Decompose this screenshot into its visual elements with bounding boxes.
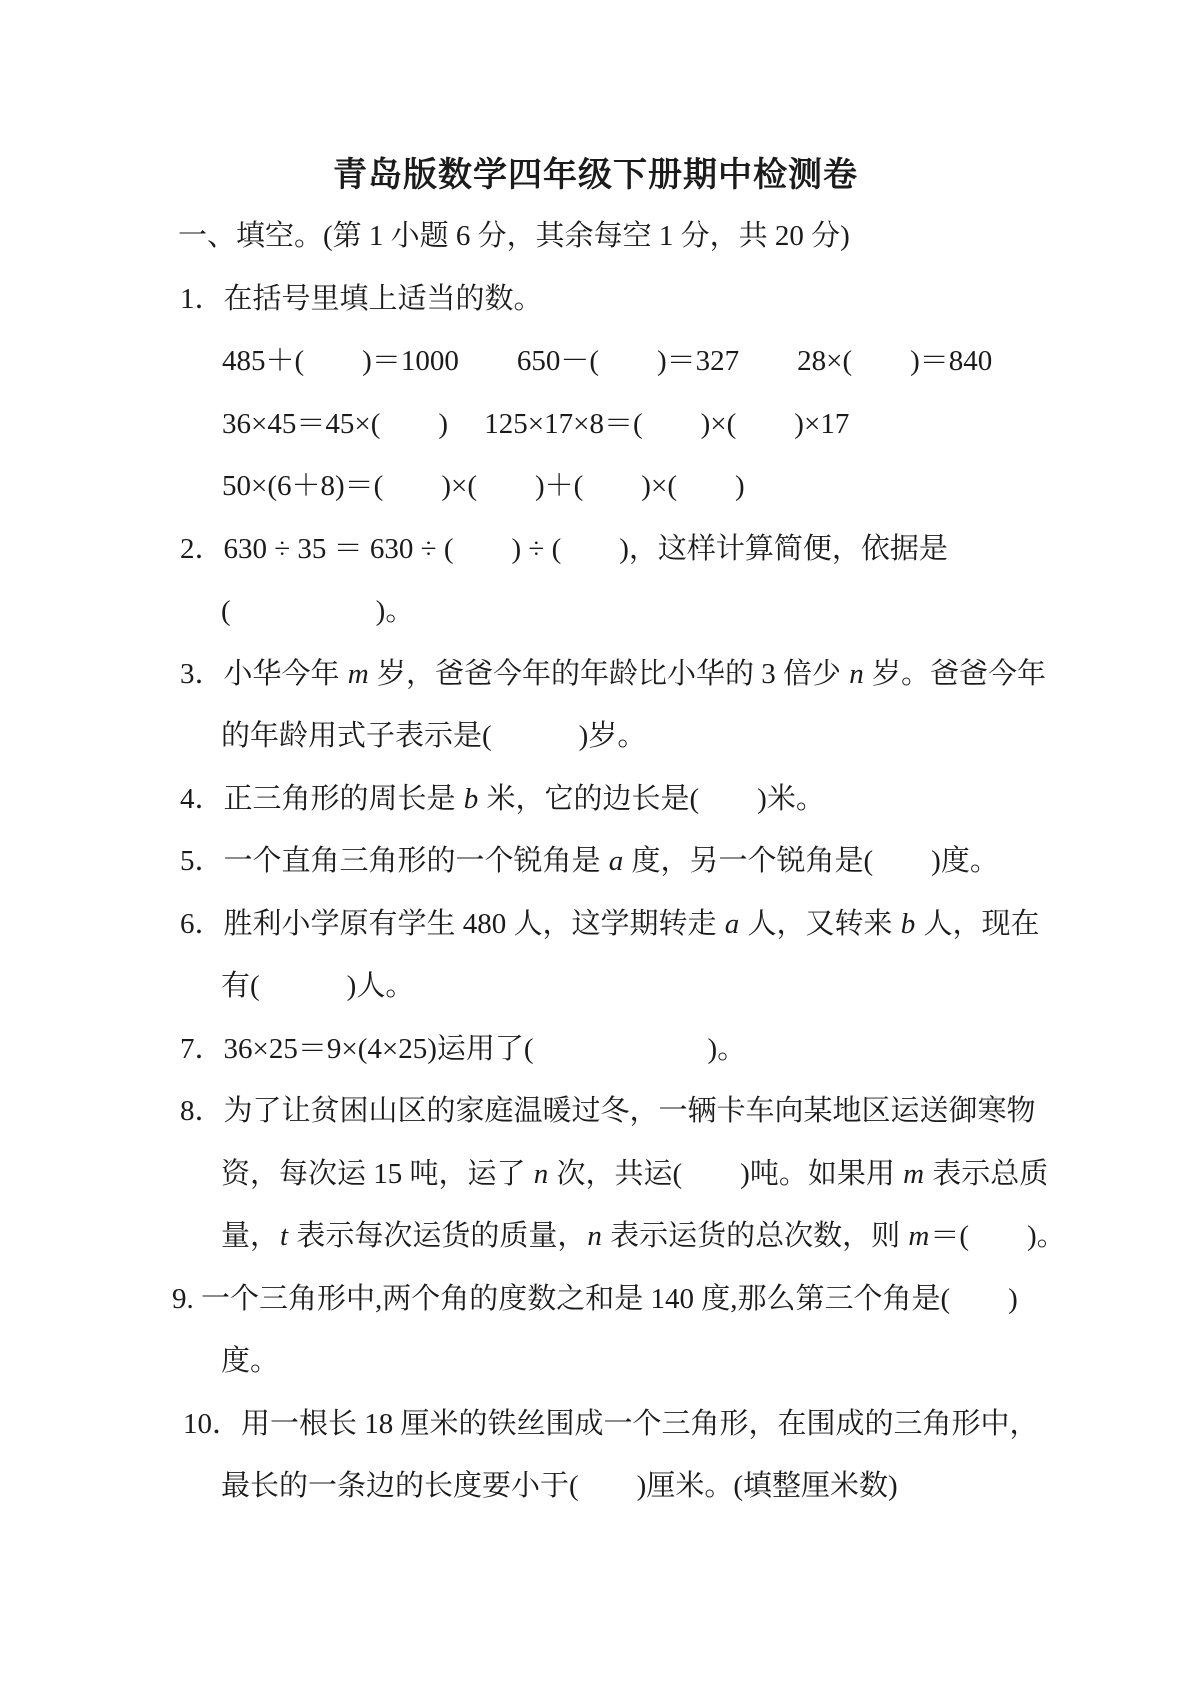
text-run: 米，它的边长是( )米。 xyxy=(479,783,825,815)
text-run: 10．用一根长 18 厘米的铁丝围成一个三角形，在围成的三角形中， xyxy=(183,1408,1039,1440)
text-run: 50×(6＋8)＝( )×( )＋( )×( ) xyxy=(222,470,745,502)
question-8-line-3: 量，t 表示每次运货的质量，n 表示运货的总次数，则 m＝( )。 xyxy=(221,1205,1191,1268)
text-run: 3．小华今年 xyxy=(180,658,347,690)
page-title: 青岛版数学四年级下册期中检测卷 xyxy=(0,155,1191,195)
text-run: ( )。 xyxy=(221,595,414,627)
text-run: 9. 一个三角形中,两个角的度数之和是 140 度,那么第三个角是( ) xyxy=(172,1283,1018,1315)
text-run: 表示总质 xyxy=(925,1158,1048,1190)
text-run: 人，现在 xyxy=(916,908,1039,940)
text-run: 资，每次运 15 吨，运了 xyxy=(221,1158,533,1190)
math-variable: n xyxy=(586,1220,603,1252)
text-run: 1．在括号里填上适当的数。 xyxy=(180,283,543,315)
question-10-line-2: 最长的一条边的长度要小于( )厘米。(填整厘米数) xyxy=(221,1455,1191,1518)
question-8-line-2: 资，每次运 15 吨，运了 n 次，共运( )吨。如果用 m 表示总质 xyxy=(221,1143,1191,1206)
math-variable: a xyxy=(724,908,741,940)
text-run: 有( )人。 xyxy=(221,970,414,1002)
question-1-equation-row-2: 36×45＝45×( ) 125×17×8＝( )×( )×17 xyxy=(222,393,1191,456)
math-variable: t xyxy=(279,1220,289,1252)
text-run: 485＋( )＝1000 650－( )＝327 28×( )＝840 xyxy=(222,345,992,377)
question-2-line-2: ( )。 xyxy=(221,580,1191,643)
question-10: 10．用一根长 18 厘米的铁丝围成一个三角形，在围成的三角形中， xyxy=(183,1393,1191,1456)
text-run: 岁，爸爸今年的年龄比小华的 3 倍少 xyxy=(370,658,849,690)
question-3: 3．小华今年 m 岁，爸爸今年的年龄比小华的 3 倍少 n 岁。爸爸今年 xyxy=(180,643,1191,706)
question-1-equation-row-1: 485＋( )＝1000 650－( )＝327 28×( )＝840 xyxy=(222,330,1191,393)
question-4: 4．正三角形的周长是 b 米，它的边长是( )米。 xyxy=(180,768,1191,831)
text-run: 5．一个直角三角形的一个锐角是 xyxy=(180,845,608,877)
text-run: 的年龄用式子表示是( )岁。 xyxy=(221,720,646,752)
text-run: 2．630 ÷ 35 ＝ 630 ÷ ( ) ÷ ( )，这样计算简便，依据是 xyxy=(180,533,948,565)
text-run: 表示每次运货的质量， xyxy=(289,1220,586,1252)
math-variable: m xyxy=(902,1158,925,1190)
section-heading: 一、填空。(第 1 小题 6 分，其余每空 1 分，共 20 分) xyxy=(178,205,1191,268)
math-variable: m xyxy=(907,1220,930,1252)
question-9: 9. 一个三角形中,两个角的度数之和是 140 度,那么第三个角是( ) xyxy=(172,1268,1191,1331)
question-8: 8．为了让贫困山区的家庭温暖过冬，一辆卡车向某地区运送御寒物 xyxy=(180,1080,1191,1143)
text-run: 次，共运( )吨。如果用 xyxy=(549,1158,902,1190)
text-run: ＝( )。 xyxy=(930,1220,1065,1252)
question-9-line-2: 度。 xyxy=(221,1330,1191,1393)
question-3-line-2: 的年龄用式子表示是( )岁。 xyxy=(221,705,1191,768)
text-run: 8．为了让贫困山区的家庭温暖过冬，一辆卡车向某地区运送御寒物 xyxy=(180,1095,1036,1127)
question-1: 1．在括号里填上适当的数。 xyxy=(180,268,1191,331)
document-body: 一、填空。(第 1 小题 6 分，其余每空 1 分，共 20 分)1．在括号里填… xyxy=(0,205,1191,1518)
text-run: 最长的一条边的长度要小于( )厘米。(填整厘米数) xyxy=(221,1470,898,1502)
math-variable: a xyxy=(608,845,625,877)
text-run: 表示运货的总次数，则 xyxy=(603,1220,908,1252)
question-7: 7．36×25＝9×(4×25)运用了( )。 xyxy=(180,1018,1191,1081)
text-run: 量， xyxy=(221,1220,279,1252)
math-variable: n xyxy=(533,1158,550,1190)
text-run: 6．胜利小学原有学生 480 人，这学期转走 xyxy=(180,908,724,940)
text-run: 岁。爸爸今年 xyxy=(865,658,1046,690)
question-2: 2．630 ÷ 35 ＝ 630 ÷ ( ) ÷ ( )，这样计算简便，依据是 xyxy=(180,518,1191,581)
text-run: 4．正三角形的周长是 xyxy=(180,783,463,815)
math-variable: m xyxy=(347,658,370,690)
question-6: 6．胜利小学原有学生 480 人，这学期转走 a 人，又转来 b 人，现在 xyxy=(180,893,1191,956)
text-run: 人，又转来 xyxy=(740,908,900,940)
question-1-equation-row-3: 50×(6＋8)＝( )×( )＋( )×( ) xyxy=(222,455,1191,518)
text-run: 一、填空。(第 1 小题 6 分，其余每空 1 分，共 20 分) xyxy=(178,220,850,252)
math-variable: n xyxy=(848,658,865,690)
math-variable: b xyxy=(463,783,480,815)
text-run: 36×45＝45×( ) 125×17×8＝( )×( )×17 xyxy=(222,408,849,440)
text-run: 度，另一个锐角是( )度。 xyxy=(624,845,999,877)
question-5: 5．一个直角三角形的一个锐角是 a 度，另一个锐角是( )度。 xyxy=(180,830,1191,893)
math-variable: b xyxy=(900,908,917,940)
exam-paper-page: 青岛版数学四年级下册期中检测卷 一、填空。(第 1 小题 6 分，其余每空 1 … xyxy=(0,0,1191,1684)
question-6-line-2: 有( )人。 xyxy=(221,955,1191,1018)
text-run: 7．36×25＝9×(4×25)运用了( )。 xyxy=(180,1033,746,1065)
text-run: 度。 xyxy=(221,1345,279,1377)
